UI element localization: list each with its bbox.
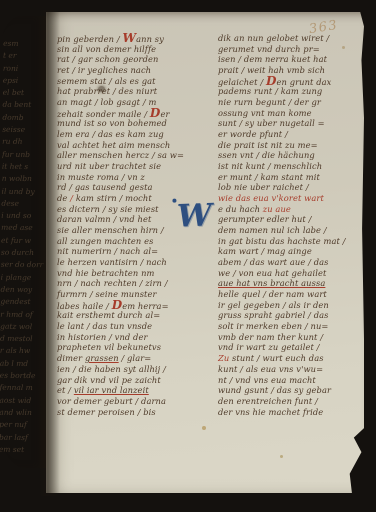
manuscript-line: ssen vnt / die hächung	[218, 150, 361, 161]
manuscript-line: n wolbn	[2, 173, 48, 186]
manuscript-line: nit numerirn / nach al=	[57, 246, 215, 257]
manuscript-line: ser do dorr	[1, 259, 47, 272]
manuscript-line: zehait sonder maile / Der	[57, 108, 215, 119]
manuscript-line: all zungen machten es	[57, 236, 215, 247]
manuscript-line: ien / die haben syt allhij /	[57, 364, 215, 375]
manuscript-line: kait ersthemt durch al=	[57, 310, 215, 321]
manuscript-line: prait / weit hah vmb sich	[218, 65, 361, 76]
manuscript-line: per nuf	[0, 419, 45, 432]
manuscript-line: st demer peroisen / bis	[57, 407, 215, 418]
manuscript-line: pin geberden / Wann sy	[57, 33, 215, 44]
manuscript-line: solt ir merken eben / nu=	[218, 321, 361, 332]
manuscript-line: ist nit kunt / menschlich	[218, 161, 361, 172]
facing-page-text-fragments: esmt erroniepsiel betda bentdombseisseru…	[0, 38, 49, 457]
manuscript-line: val achtet het aim mensch	[57, 140, 215, 151]
manuscript-page: 363 pin geberden / Wann sysin all von de…	[46, 12, 364, 493]
manuscript-line: gerumet vnd durch pr=	[218, 44, 361, 55]
manuscript-line: nrn / nach rechten / zirn /	[57, 278, 215, 289]
manuscript-line: vnd ir wart zu getailet /	[218, 342, 361, 353]
stain	[342, 46, 345, 49]
manuscript-line: fennal m	[0, 382, 46, 395]
manuscript-line: i plange	[1, 271, 47, 284]
manuscript-line: gendest	[0, 296, 46, 309]
manuscript-line: prapheten vil bekunetvs	[57, 342, 215, 353]
manuscript-line: ir gel gegeben / als ir den	[218, 300, 361, 311]
manuscript-line: domb	[2, 112, 48, 125]
manuscript-line: helle quel / der nam wart	[218, 289, 361, 300]
manuscript-line: esm	[3, 38, 49, 51]
manuscript-line: sin all von demer hilffe	[57, 44, 215, 55]
manuscript-line: abem / das wart aue / das	[218, 257, 361, 268]
manuscript-line: bar lasf	[0, 431, 45, 444]
manuscript-line: r hmd of	[0, 308, 46, 321]
manuscript-line: le herzen vantisirn / nach	[57, 257, 215, 268]
manuscript-line: padems runt / kam zung	[218, 86, 361, 97]
manuscript-line: med ase	[1, 222, 47, 235]
manuscript-line: dem namen nul ich labe /	[218, 225, 361, 236]
manuscript-line: da bent	[2, 99, 48, 112]
manuscript-line: ru dh	[2, 136, 48, 149]
manuscript-line: furmrn / seine munster	[57, 289, 215, 300]
manuscript-line: ret / ir yegliches nach	[57, 65, 215, 76]
manuscript-line: wie das eua v'koret wart	[218, 193, 361, 204]
manuscript-line: rd / gas tausend gesta	[57, 182, 215, 193]
manuscript-line: gar dik vnd vil pe zaicht	[57, 375, 215, 386]
manuscript-line: mund ist so von bohemed	[57, 118, 215, 129]
manuscript-line: in muste roma / vn z	[57, 172, 215, 183]
manuscript-line: die prait ist nit zu me=	[218, 140, 361, 151]
manuscript-line: gruss spraht gabriel / das	[218, 310, 361, 321]
manuscript-line: ab l md	[0, 357, 46, 370]
manuscript-line: le lant / das tun vnsde	[57, 321, 215, 332]
manuscript-line: so durch	[1, 247, 47, 260]
manuscript-line: er munt / kam stant mit	[218, 172, 361, 183]
stain	[280, 455, 283, 458]
manuscript-line: Zu stunt / wurt euch das	[218, 353, 361, 364]
manuscript-line: nie rurn begunt / der gr	[218, 97, 361, 108]
manuscript-line: seisse	[2, 124, 48, 137]
manuscript-line: an magt / lob gsagt / m	[57, 97, 215, 108]
manuscript-line: aller menschen hercz / sa w=	[57, 150, 215, 161]
manuscript-line: in gat bistu das hachste mat /	[218, 236, 361, 247]
manuscript-line: lob nie uber raichet /	[218, 182, 361, 193]
manuscript-line: r als hw	[0, 345, 46, 358]
manuscript-line: ossung vnt man kome	[218, 108, 361, 119]
manuscript-line: kunt / als eua vns v'wu=	[218, 364, 361, 375]
text-column-right: dik an nun gelobet wiret /gerumet vnd du…	[218, 33, 361, 417]
ink-smudge	[98, 86, 105, 92]
manuscript-line: vnd hie betrachten nm	[57, 268, 215, 279]
manuscript-line: isen / dem nerra kuet hat	[218, 54, 361, 65]
manuscript-line: aost wid	[0, 394, 45, 407]
manuscript-line: it het s	[2, 161, 48, 174]
manuscript-line: den woy	[0, 284, 46, 297]
illuminated-initial: W	[176, 200, 211, 231]
manuscript-line: aue hat vns bracht aussa	[218, 278, 361, 289]
manuscript-line: er worde pfunt /	[218, 129, 361, 140]
manuscript-photo: esmt erroniepsiel betda bentdombseisseru…	[0, 0, 376, 512]
manuscript-line: roni	[3, 62, 49, 75]
manuscript-line: dik an nun gelobet wiret /	[218, 33, 361, 44]
manuscript-line: i und so	[1, 210, 47, 223]
manuscript-line: e du hach zu aue	[218, 204, 361, 215]
manuscript-line: rat / gar schon georden	[57, 54, 215, 65]
manuscript-line: hat prabrret / des niurt	[57, 86, 215, 97]
manuscript-line: nt / vnd vns eua macht	[218, 375, 361, 386]
manuscript-line: semem stat / als es gat	[57, 76, 215, 87]
manuscript-line: il und by	[2, 185, 48, 198]
manuscript-line: vor demer geburt / darna	[57, 396, 215, 407]
manuscript-line: fur unb	[2, 148, 48, 161]
manuscript-line: d mestol	[0, 333, 46, 346]
manuscript-line: gerumpter edler hut /	[218, 214, 361, 225]
manuscript-line: gatz wol	[0, 321, 46, 334]
manuscript-line: el bet	[3, 87, 49, 100]
manuscript-line: in historien / vnd der	[57, 332, 215, 343]
manuscript-line: urd nit uber trachtet sie	[57, 161, 215, 172]
manuscript-line: dese	[1, 198, 47, 211]
manuscript-line: dimer grassen / glar=	[57, 353, 215, 364]
manuscript-line: labes haile / Dem herra=	[57, 300, 215, 311]
facing-page-edge: esmt erroniepsiel betda bentdombseisseru…	[0, 16, 48, 468]
manuscript-line: et fur w	[1, 235, 47, 248]
manuscript-line: epsi	[3, 75, 49, 88]
manuscript-line: lem era / das es kam zug	[57, 129, 215, 140]
manuscript-line: kam wart / mag ainge	[218, 246, 361, 257]
manuscript-line: es bortde	[0, 370, 46, 383]
manuscript-line: wund gsunt / das sy gebar	[218, 385, 361, 396]
manuscript-line: den erentreichen funt /	[218, 396, 361, 407]
manuscript-line: et / vil iar vnd lanzeit	[57, 385, 215, 396]
manuscript-line: and wlin	[0, 407, 45, 420]
manuscript-line: em set	[0, 444, 45, 457]
manuscript-line: sunt / sy uber nugetall =	[218, 118, 361, 129]
manuscript-line: we / von eua hat gehailet	[218, 268, 361, 279]
manuscript-line: gelaichet / Den grunt dax	[218, 76, 361, 87]
manuscript-line: der vns hie machet fride	[218, 407, 361, 418]
manuscript-line: vmb der nam ther kunt /	[218, 332, 361, 343]
stain	[202, 426, 206, 430]
manuscript-line: t er	[3, 50, 49, 63]
